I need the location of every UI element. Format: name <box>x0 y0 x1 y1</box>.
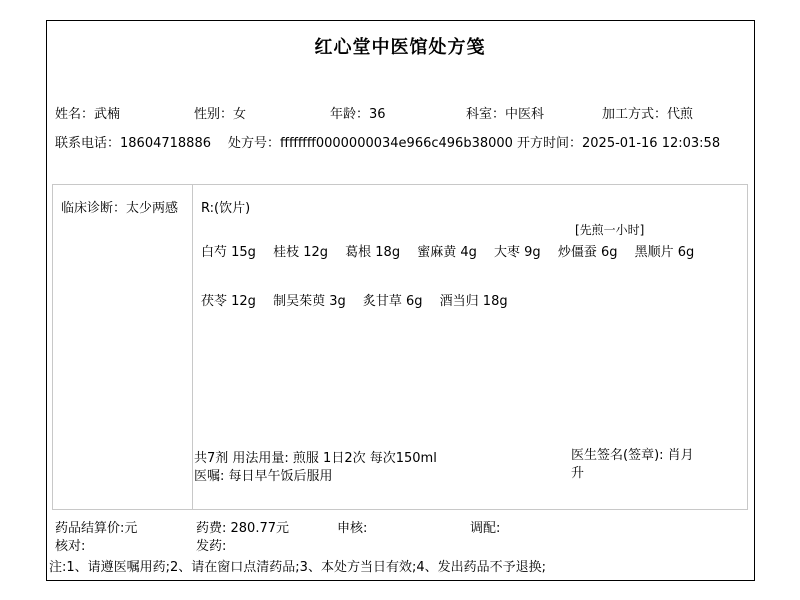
clinical-diagnosis-label: 临床诊断： <box>61 201 126 216</box>
herb-item: 葛根 18g <box>345 245 400 260</box>
herb-item: 炒僵蚕 6g <box>558 245 618 260</box>
settlement-price-field: 药品结算价:元 <box>55 521 137 537</box>
prescription-time-value: 2025-01-16 12:03:58 <box>582 136 720 151</box>
herb-item: 蜜麻黄 4g <box>417 245 477 260</box>
doctor-signature-field: 医生签名(签章): 肖月升 <box>571 447 699 483</box>
herb-line: 茯苓 12g 制吴茱萸 3g 炙甘草 6g 酒当归 18g <box>201 290 508 309</box>
contact-phone-label: 联系电话： <box>55 136 120 151</box>
medicine-fee-label: 药费: <box>196 521 231 536</box>
patient-name-value: 武楠 <box>94 107 120 122</box>
patient-department-field: 科室：中医科 <box>466 107 544 123</box>
herb-item: 制吴茱萸 3g <box>273 294 346 309</box>
patient-gender-value: 女 <box>233 107 246 122</box>
herb-item: 茯苓 12g <box>201 294 256 309</box>
clinical-diagnosis-field: 临床诊断：太少两感 <box>61 197 178 216</box>
prescription-time-field: 开方时间：2025-01-16 12:03:58 <box>517 136 720 152</box>
prescription-time-label: 开方时间： <box>517 136 582 151</box>
prescription-number-field: 处方号：ffffffff0000000034e966c496b38000 <box>228 136 513 152</box>
patient-gender-label: 性别： <box>194 107 233 122</box>
herb-item: 炙甘草 6g <box>363 294 423 309</box>
herb-item: 桂枝 12g <box>273 245 328 260</box>
herb-item: 酒当归 18g <box>440 294 508 309</box>
herb-item: 白芍 15g <box>201 245 256 260</box>
patient-gender-field: 性别：女 <box>194 107 246 123</box>
clinical-diagnosis-value: 太少两感 <box>126 201 178 216</box>
diagnosis-column: 临床诊断：太少两感 <box>53 185 193 509</box>
patient-age-field: 年龄：36 <box>330 107 386 123</box>
medicine-fee-field: 药费: 280.77元 <box>196 521 289 537</box>
patient-name-label: 姓名： <box>55 107 94 122</box>
herb-item: 黑顺片 6g <box>635 245 695 260</box>
herb-item: 大枣 9g <box>494 245 541 260</box>
review-field: 申核: <box>337 521 367 537</box>
processing-method-field: 加工方式：代煎 <box>602 107 693 123</box>
doctor-signature-label: 医生签名(签章): <box>571 448 668 463</box>
page-title: 红心堂中医馆处方笺 <box>0 33 800 59</box>
herb-line: 白芍 15g 桂枝 12g 葛根 18g 蜜麻黄 4g 大枣 9g 炒僵蚕 6g… <box>201 241 694 260</box>
patient-department-label: 科室： <box>466 107 505 122</box>
processing-method-value: 代煎 <box>667 107 693 122</box>
rx-header: R:(饮片) <box>201 197 250 216</box>
processing-method-label: 加工方式： <box>602 107 667 122</box>
decoction-note: [先煎一小时] <box>575 221 644 238</box>
patient-age-label: 年龄： <box>330 107 369 122</box>
check-field: 核对: <box>55 539 85 555</box>
dispense-field: 调配: <box>470 521 500 537</box>
prescription-number-label: 处方号： <box>228 136 280 151</box>
patient-name-field: 姓名：武楠 <box>55 107 120 123</box>
contact-phone-field: 联系电话：18604718886 <box>55 136 211 152</box>
patient-department-value: 中医科 <box>505 107 544 122</box>
medicine-fee-value: 280.77元 <box>231 521 290 536</box>
prescription-body-box: 临床诊断：太少两感 R:(饮片) [先煎一小时] 白芍 15g 桂枝 12g 葛… <box>52 184 748 510</box>
notes-line: 注:1、请遵医嘱用药;2、请在窗口点清药品;3、本处方当日有效;4、发出药品不予… <box>49 556 546 575</box>
prescription-number-value: ffffffff0000000034e966c496b38000 <box>280 136 513 151</box>
dosage-usage-line: 共7剂 用法用量: 煎服 1日2次 每次150ml <box>194 447 437 466</box>
contact-phone-value: 18604718886 <box>120 136 211 151</box>
doctor-advice-line: 医嘱: 每日早午饭后服用 <box>194 465 333 484</box>
issue-field: 发药: <box>196 539 226 555</box>
patient-age-value: 36 <box>369 107 386 122</box>
